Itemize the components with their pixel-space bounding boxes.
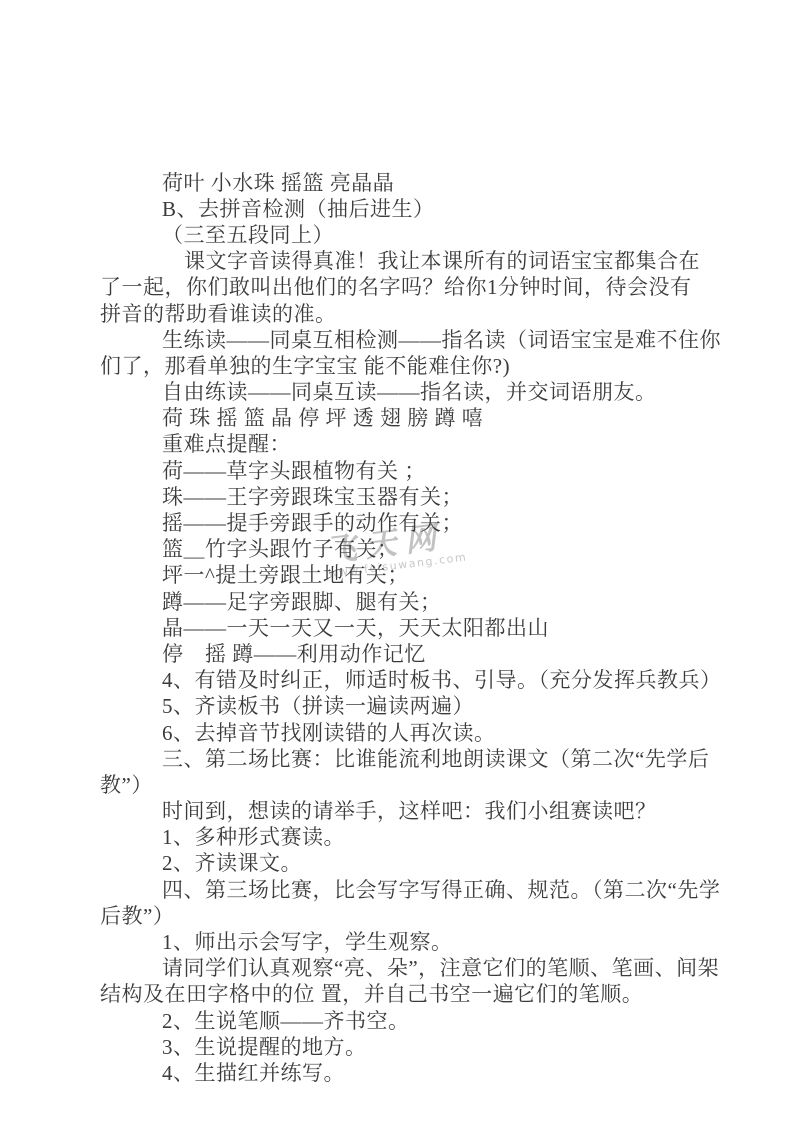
text-line: 教”） bbox=[100, 772, 696, 798]
text-line: 晶——一天一天又一天，天天太阳都出山 bbox=[100, 615, 696, 641]
text-line: 篮＿竹字头跟竹子有关； bbox=[100, 536, 696, 562]
text-line: 们了，那看单独的生字宝宝 能不能难住你?) bbox=[100, 353, 696, 379]
document-content: 荷叶 小水珠 摇篮 亮晶晶B、去拼音检测（抽后进生）（三至五段同上）课文字音读得… bbox=[100, 91, 696, 1086]
text-line: 1、多种形式赛读。 bbox=[100, 824, 696, 850]
text-line: 三、第二场比赛：比谁能流利地朗读课文（第二次“先学后 bbox=[100, 746, 696, 772]
text-line: 荷 珠 摇 篮 晶 停 坪 透 翅 膀 蹲 嘻 bbox=[100, 405, 696, 431]
text-line: 课文字音读得真准！我让本课所有的词语宝宝都集合在 bbox=[100, 248, 696, 274]
text-line: 四、第三场比赛，比会写字写得正确、规范。（第二次“先学 bbox=[100, 877, 696, 903]
text-line: 了一起，你们敢叫出他们的名字吗？给你1分钟时间，待会没有 bbox=[100, 274, 696, 300]
text-line: 4、有错及时纠正，师适时板书、引导。（充分发挥兵教兵） bbox=[100, 667, 696, 693]
text-line: 蹲——足字旁跟脚、腿有关； bbox=[100, 589, 696, 615]
text-line: 摇——提手旁跟手的动作有关； bbox=[100, 510, 696, 536]
text-line: 停 摇 蹲——利用动作记忆 bbox=[100, 641, 696, 667]
text-line: 3、生说提醒的地方。 bbox=[100, 1034, 696, 1060]
text-line: 坪一^提土旁跟土地有关； bbox=[100, 562, 696, 588]
text-line: 拼音的帮助看谁读的准。 bbox=[100, 301, 696, 327]
text-line: 后教”） bbox=[100, 903, 696, 929]
text-line: 6、去掉音节找刚读错的人再次读。 bbox=[100, 720, 696, 746]
text-line: 珠——王字旁跟珠宝玉器有关； bbox=[100, 484, 696, 510]
text-line: 请同学们认真观察“亮、朵”，注意它们的笔顺、笔画、间架 bbox=[100, 955, 696, 981]
text-line: 4、生描红并练写。 bbox=[100, 1060, 696, 1086]
text-line: 2、齐读课文。 bbox=[100, 850, 696, 876]
text-line: 1、师出示会写字，学生观察。 bbox=[100, 929, 696, 955]
text-line: （三至五段同上） bbox=[100, 222, 696, 248]
document-page: 飞天网 www.feisuwang.com 荷叶 小水珠 摇篮 亮晶晶B、去拼音… bbox=[0, 0, 793, 1122]
text-line: 重难点提醒： bbox=[100, 431, 696, 457]
text-line: 时间到，想读的请举手，这样吧：我们小组赛读吧？ bbox=[100, 798, 696, 824]
text-line: 荷叶 小水珠 摇篮 亮晶晶 bbox=[100, 170, 696, 196]
text-line: 2、生说笔顺——齐书空。 bbox=[100, 1008, 696, 1034]
text-line: 5、齐读板书（拼读一遍读两遍） bbox=[100, 693, 696, 719]
text-line: 荷——草字头跟植物有关 ； bbox=[100, 458, 696, 484]
text-line: 生练读——同桌互相检测——指名读（词语宝宝是难不住你 bbox=[100, 327, 696, 353]
text-line: B、去拼音检测（抽后进生） bbox=[100, 196, 696, 222]
text-line: 自由练读——同桌互读——指名读，并交词语朋友。 bbox=[100, 379, 696, 405]
text-line: 结构及在田字格中的位 置，并自己书空一遍它们的笔顺。 bbox=[100, 981, 696, 1007]
